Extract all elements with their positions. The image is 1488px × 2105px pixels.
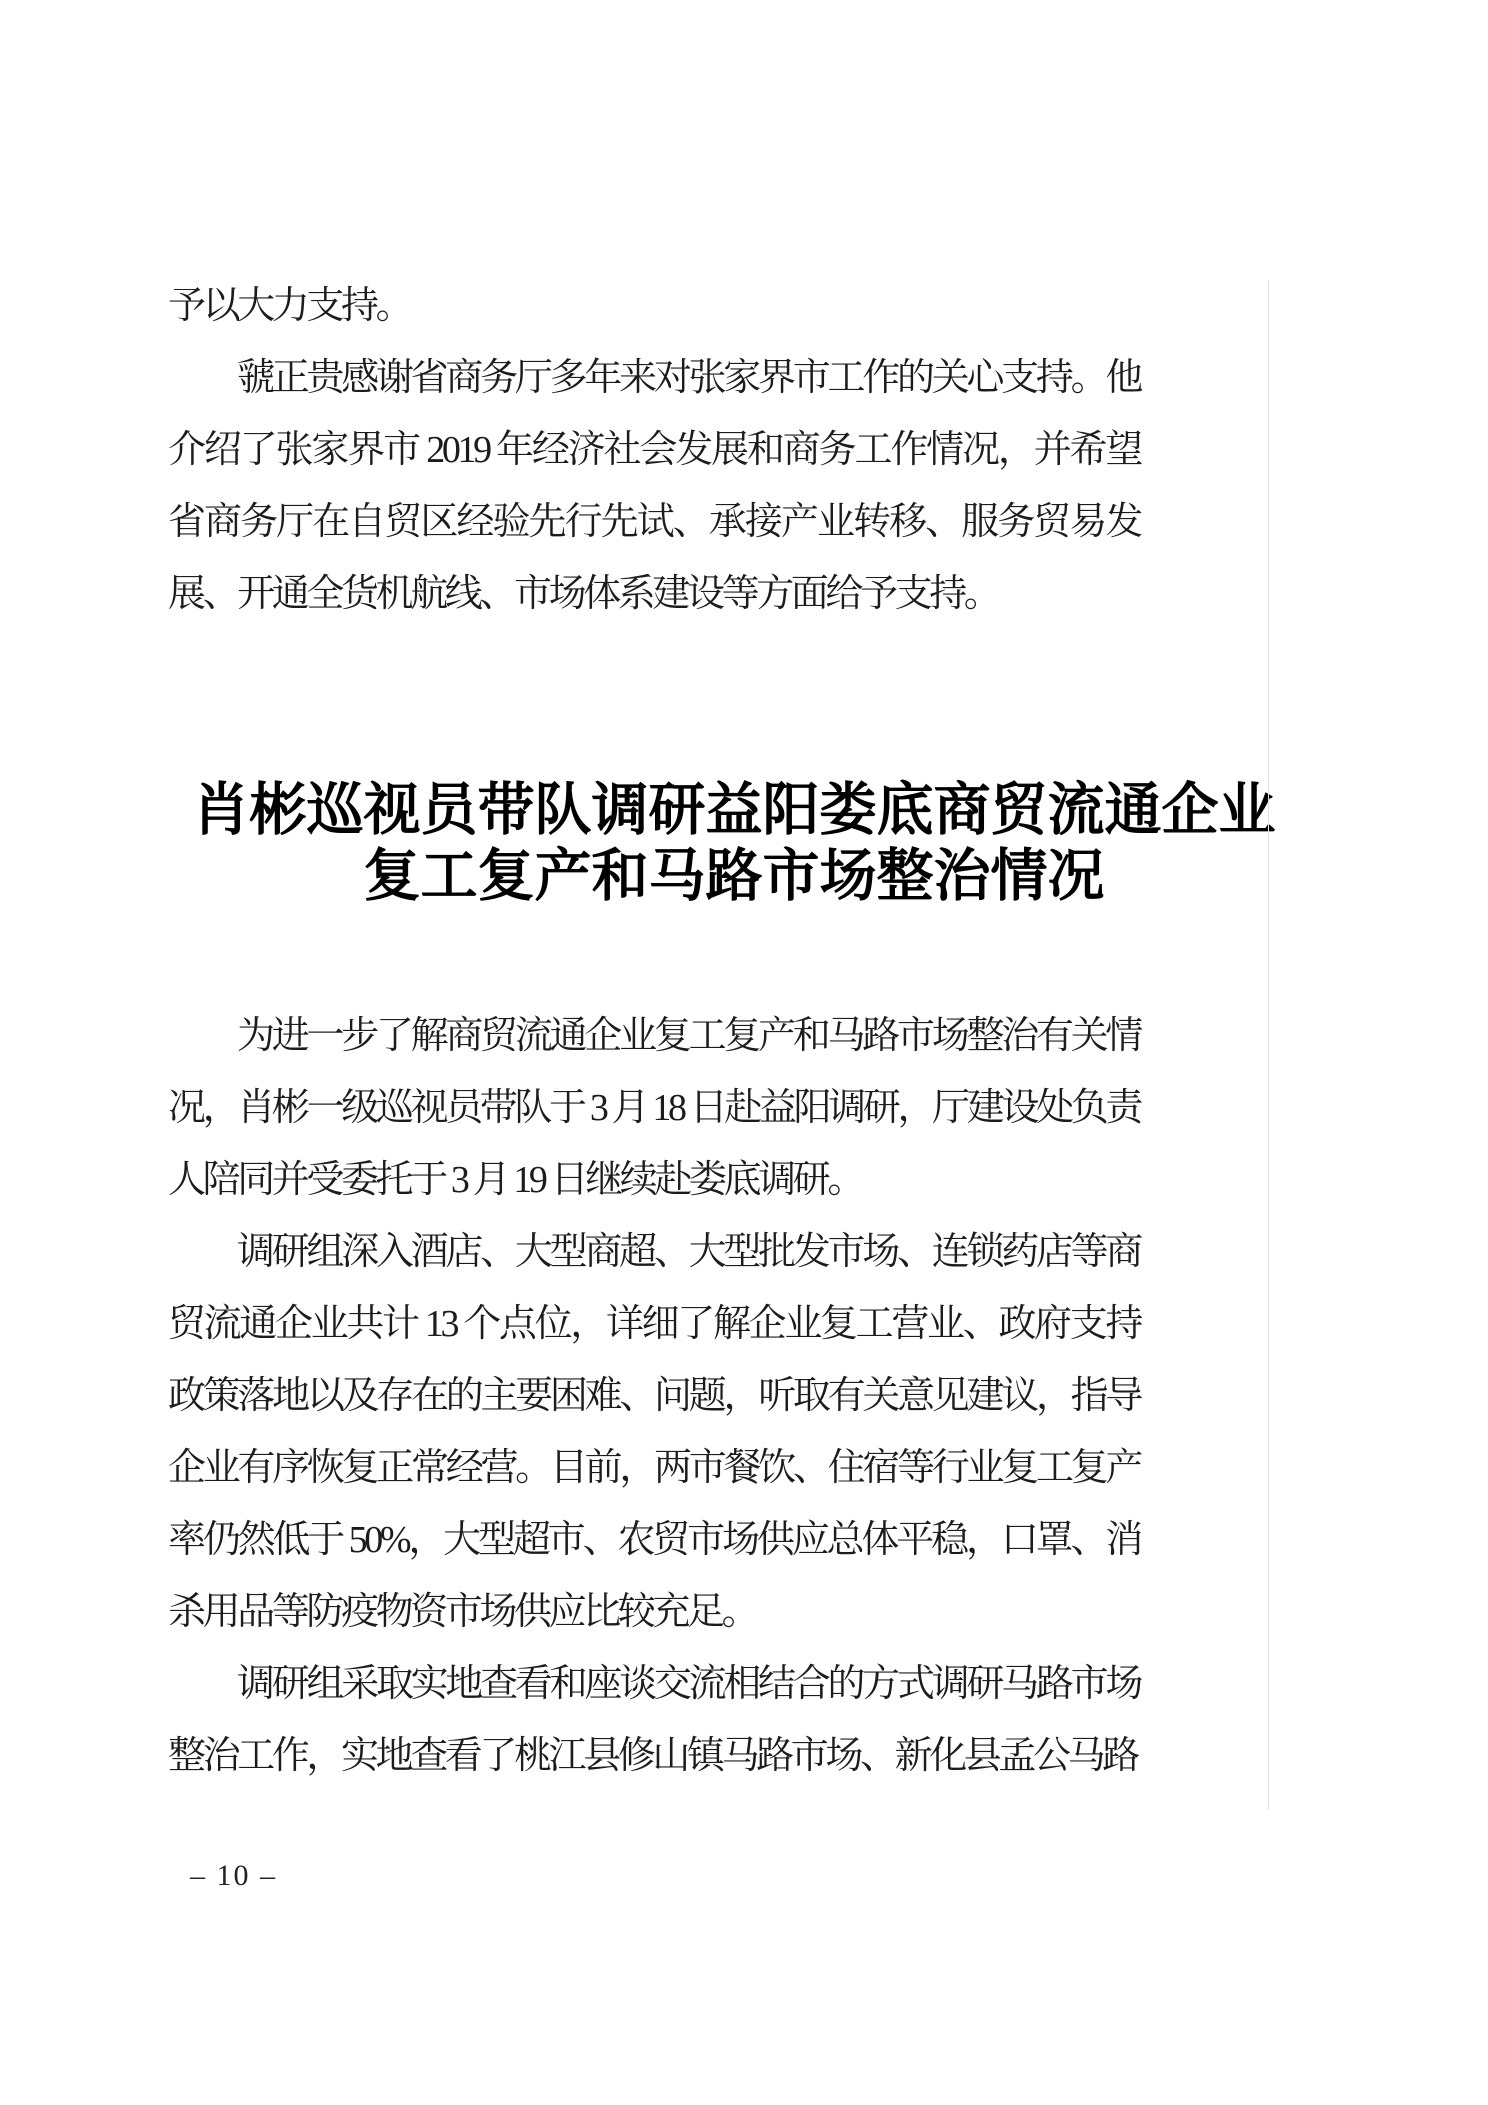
paragraph-road-market: 调研组采取实地查看和座谈交流相结合的方式调研马路市场整治工作，实地查看了桃江县修…: [168, 1648, 1140, 1792]
article-title-line-1: 肖彬巡视员带队调研益阳娄底商贸流通企业: [168, 778, 1300, 844]
paragraph-continuation: 予以大力支持。: [168, 270, 1140, 342]
paragraph-thanks-remarks: 虢正贵感谢省商务厅多年来对张家界市工作的关心支持。他介绍了张家界市 2019 年…: [168, 342, 1140, 630]
paragraph-survey-findings: 调研组深入酒店、大型商超、大型批发市场、连锁药店等商贸流通企业共计 13 个点位…: [168, 1216, 1140, 1648]
document-page: 予以大力支持。 虢正贵感谢省商务厅多年来对张家界市工作的关心支持。他介绍了张家界…: [0, 0, 1488, 2105]
scan-artifact-line: [1268, 280, 1269, 1810]
page-number: – 10 –: [190, 1856, 277, 1896]
article-title: 肖彬巡视员带队调研益阳娄底商贸流通企业 复工复产和马路市场整治情况: [168, 778, 1300, 910]
article-title-line-2: 复工复产和马路市场整治情况: [168, 844, 1300, 910]
text-block: 予以大力支持。 虢正贵感谢省商务厅多年来对张家界市工作的关心支持。他介绍了张家界…: [168, 270, 1140, 1792]
paragraph-survey-intro: 为进一步了解商贸流通企业复工复产和马路市场整治有关情况，肖彬一级巡视员带队于 3…: [168, 1000, 1140, 1216]
